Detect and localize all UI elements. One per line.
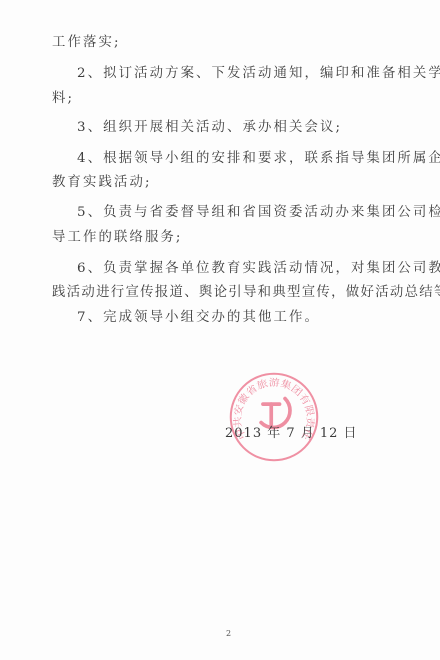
document-page: 工作落实; 2、拟订活动方案、下发活动通知，编印和准备相关学习资 料; 3、组织… <box>0 0 440 660</box>
text-line-3: 料; <box>52 91 74 107</box>
text-line-8: 导工作的联络服务; <box>52 230 183 246</box>
text-line-6: 教育实践活动; <box>52 175 152 191</box>
signature-date: 2013 年 7 月 12 日 <box>225 422 358 441</box>
text-line-4: 3、组织开展相关活动、承办相关会议; <box>77 120 342 136</box>
text-line-11: 7、完成领导小组交办的其他工作。 <box>77 310 320 326</box>
text-line-10: 践活动进行宣传报道、舆论引导和典型宣传，做好活动总结等; <box>52 285 440 301</box>
page-number: 2 <box>226 629 231 638</box>
text-line-2: 2、拟订活动方案、下发活动通知，编印和准备相关学习资 <box>77 66 440 82</box>
text-line-5: 4、根据领导小组的安排和要求，联系指导集团所属企业的 <box>77 151 440 167</box>
text-line-7: 5、负责与省委督导组和省国资委活动办来集团公司检查指 <box>77 205 440 221</box>
text-line-1: 工作落实; <box>52 35 121 51</box>
text-line-9: 6、负责掌握各单位教育实践活动情况，对集团公司教育实 <box>77 261 440 277</box>
official-seal-icon: 中共安徽省旅游集团有限责任公司委员会 <box>228 371 320 463</box>
